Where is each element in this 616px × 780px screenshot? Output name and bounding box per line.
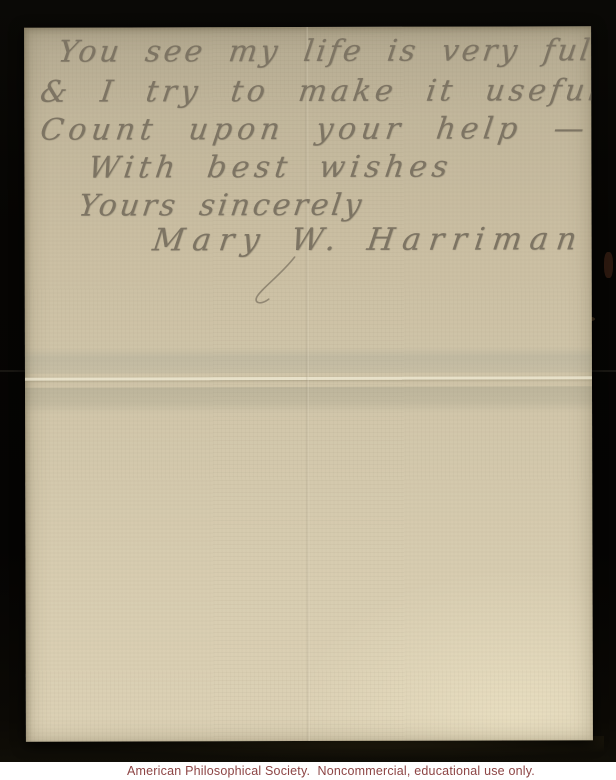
signature-flourish <box>251 255 311 307</box>
signature-line: Mary W. Harriman <box>151 224 587 256</box>
handwriting-line-5: Yours sincerely <box>77 191 366 222</box>
caption-text: American Philosophical Society. Noncomme… <box>127 764 535 778</box>
handwriting-line-1: You see my life is very full <box>56 36 593 67</box>
letter-page: You see my life is very full & I try to … <box>24 26 593 741</box>
scanner-background: You see my life is very full & I try to … <box>0 0 616 780</box>
handwriting-line-2: & I try to make it useful & <box>38 76 593 108</box>
handwriting-line-4: With best wishes <box>86 153 454 184</box>
caption-bar: American Philosophical Society. Noncomme… <box>0 762 616 780</box>
handwriting-line-3: Count upon your help — <box>38 114 590 145</box>
edge-stain <box>604 252 613 278</box>
